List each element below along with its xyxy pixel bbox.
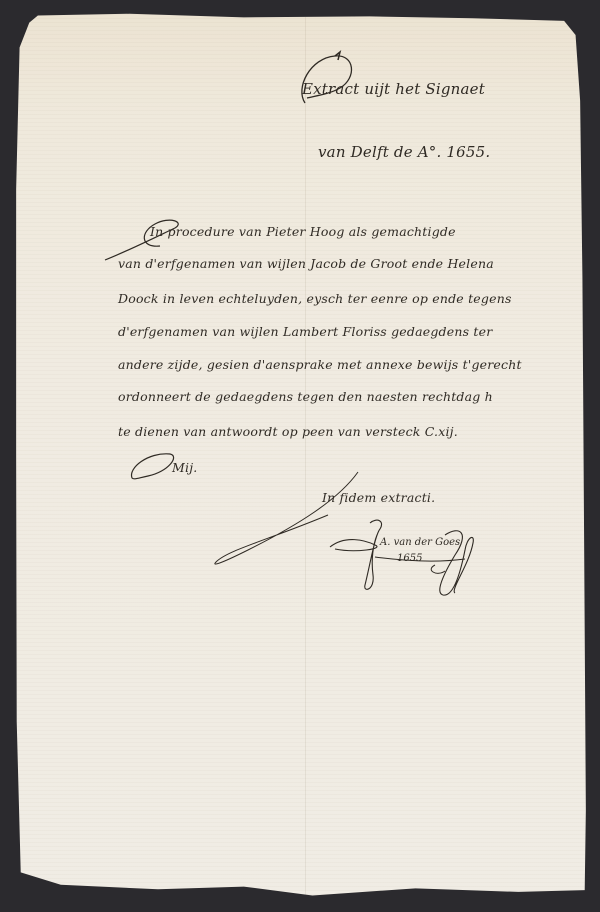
marginal-note: Mij. [172, 460, 197, 475]
signature: A. van der Goes 1655 [325, 515, 500, 600]
document-scan: Extract uijt het Signaet van Delft de A°… [0, 0, 600, 912]
attestation-text: In fidem extracti. [322, 490, 435, 505]
heading-line-2: van Delft de A°. 1655. [318, 143, 490, 161]
signature-year: 1655 [397, 553, 422, 564]
paper-fold [305, 12, 306, 899]
paper-sheet [15, 12, 587, 899]
signature-name: A. van der Goes [380, 537, 460, 548]
body-line-2: van d'erfgenamen van wijlen Jacob de Gro… [118, 256, 494, 271]
body-line-3: Doock in leven echteluyden, eysch ter ee… [118, 291, 512, 306]
body-line-6: ordonneert de gedaegdens tegen den naest… [118, 389, 493, 404]
body-line-7: te dienen van antwoordt op peen van vers… [118, 424, 458, 439]
heading-line-1: Extract uijt het Signaet [302, 80, 485, 98]
body-line-4: d'erfgenamen van wijlen Lambert Floriss … [118, 324, 492, 339]
body-line-1: In procedure van Pieter Hoog als gemacht… [150, 224, 456, 239]
body-line-5: andere zijde, gesien d'aensprake met ann… [118, 357, 522, 372]
